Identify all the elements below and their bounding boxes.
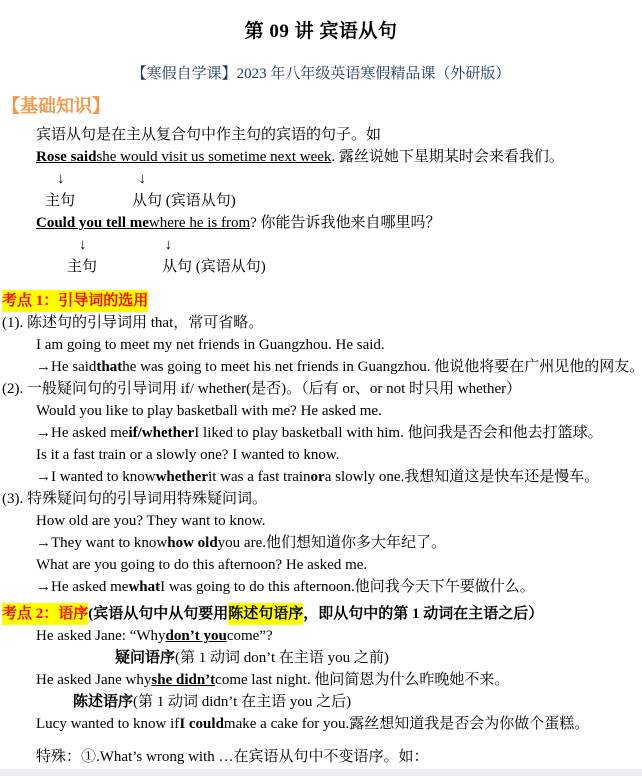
label-row: 主句从句 (宾语从句): [0, 256, 642, 278]
text-segment: (1). 陈述句的引导词用 that，常可省略。: [2, 312, 263, 334]
kaodian-1-title: 考点 1：引导词的选用: [2, 290, 148, 312]
text-segment: (宾语从句中从句要用: [88, 603, 228, 625]
text-segment: →They want to know: [36, 532, 167, 554]
text-segment: it was a fast train: [208, 466, 310, 488]
text-segment: Would you like to play basketball with m…: [36, 400, 382, 422]
page-subtitle: 【寒假自学课】2023 年八年级英语寒假精品课（外研版）: [0, 62, 642, 88]
text-segment: What are you going to do this afternoon?…: [36, 554, 367, 576]
order-note: 陈述语序(第 1 动词 didn’t 在主语 you 之后): [0, 691, 642, 713]
example-sentence: →He said that he was going to meet his n…: [0, 356, 642, 378]
example-sentence: He asked Jane why she didn’t come last n…: [0, 669, 642, 691]
text-segment: you are.他们想知道你多大年纪了。: [218, 532, 446, 554]
kaodian-1-header: 考点 1：引导词的选用: [0, 290, 642, 312]
text-segment: I could: [179, 713, 224, 735]
example-sentence: Is it a fast train or a slowly one? I wa…: [0, 444, 642, 466]
intro-definition: 宾语从句是在主从复合句中作主句的宾语的句子。如: [0, 124, 642, 146]
text-segment: make a cake for you.露丝想知道我是否会为你做个蛋糕。: [224, 713, 589, 735]
section-header-basics: 【基础知识】: [0, 88, 642, 124]
down-arrow-icon: ↓: [139, 168, 147, 190]
text-segment: I liked to play basketball with him. 他问我…: [194, 422, 602, 444]
example-sentence: How old are you? They want to know.: [0, 510, 642, 532]
example-sentence: →He asked me if/whether I liked to play …: [0, 422, 642, 444]
text-segment: 陈述句语序: [228, 603, 303, 625]
text-segment: if/whether: [128, 422, 194, 444]
text-segment: 从句 (宾语从句): [132, 190, 236, 212]
text-segment: How old are you? They want to know.: [36, 510, 266, 532]
text-segment: what: [128, 576, 160, 598]
example-sentence: →They want to know how old you are.他们想知道…: [0, 532, 642, 554]
text-segment: whether: [156, 466, 209, 488]
text-segment: 主句: [45, 190, 75, 212]
point-1-rule-3: (3). 特殊疑问句的引导词用特殊疑问词。: [0, 488, 642, 510]
text-segment: Rose said: [36, 146, 96, 168]
text-segment: don’t you: [166, 625, 227, 647]
text-segment: →He asked me: [36, 576, 128, 598]
example-rose: Rose said she would visit us sometime ne…: [0, 146, 642, 168]
bottom-divider: [0, 769, 642, 776]
example-sentence: Would you like to play basketball with m…: [0, 400, 642, 422]
example-sentence: →I wanted to know whether it was a fast …: [0, 466, 642, 488]
text-segment: →He asked me: [36, 422, 128, 444]
text-segment: she didn’t: [151, 669, 215, 691]
text-segment: come”?: [227, 625, 273, 647]
example-sentence: He asked Jane: “Why don’t you come”?: [0, 625, 642, 647]
arrow-row: ↓↓: [0, 234, 642, 256]
special-note: 特殊：①.What’s wrong with …在宾语从句中不变语序。如：: [0, 746, 642, 768]
text-segment: he was going to meet his net friends in …: [122, 356, 642, 378]
text-segment: 陈述语序: [73, 691, 133, 713]
text-segment: Lucy wanted to know if: [36, 713, 179, 735]
text-segment: →I wanted to know: [36, 466, 156, 488]
example-sentence: I am going to meet my net friends in Gua…: [0, 334, 642, 356]
page-title: 第 09 讲 宾语从句: [0, 0, 642, 62]
text-segment: Could you tell me: [36, 212, 149, 234]
text-segment: He asked Jane: “Why: [36, 625, 166, 647]
kaodian-2-header: 考点 2：语序 (宾语从句中从句要用陈述句语序，即从句中的第 1 动词在主语之后…: [0, 603, 642, 625]
text-segment: . 露丝说她下星期某时会来看我们。: [331, 146, 564, 168]
text-segment: (2). 一般疑问句的引导词用 if/ whether(是否)。（后有 or、o…: [2, 378, 521, 400]
text-segment: ，即从句中的第 1 动词在主语之后）: [303, 603, 543, 625]
order-note: 疑问语序(第 1 动词 don’t 在主语 you 之前): [0, 647, 642, 669]
text-segment: 主句: [67, 256, 97, 278]
text-segment: →He said: [36, 356, 96, 378]
example-sentence: Lucy wanted to know if I could make a ca…: [0, 713, 642, 735]
kaodian-2-title: 考点 2：语序: [2, 603, 88, 625]
point-1-rule-1: (1). 陈述句的引导词用 that，常可省略。: [0, 312, 642, 334]
text-segment: 疑问语序: [115, 647, 175, 669]
label-row: 主句从句 (宾语从句): [0, 190, 642, 212]
text-segment: come last night. 他问简恩为什么昨晚她不来。: [215, 669, 509, 691]
example-sentence: What are you going to do this afternoon?…: [0, 554, 642, 576]
text-segment: 特殊：①.What’s wrong with …在宾语从句中不变语序。如：: [36, 746, 429, 768]
example-sentence: →He asked me what I was going to do this…: [0, 576, 642, 598]
arrow-row: ↓↓: [0, 168, 642, 190]
spacer: [0, 735, 642, 746]
text-segment: or: [311, 466, 325, 488]
text-segment: ? 你能告诉我他来自哪里吗？: [250, 212, 440, 234]
text-segment: (第 1 动词 didn’t 在主语 you 之后): [133, 691, 351, 713]
text-segment: He asked Jane why: [36, 669, 151, 691]
text-segment: I am going to meet my net friends in Gua…: [36, 334, 385, 356]
content-area: 宾语从句是在主从复合句中作主句的宾语的句子。如Rose said she wou…: [0, 124, 642, 768]
down-arrow-icon: ↓: [165, 234, 173, 256]
text-segment: I was going to do this afternoon.他问我今天下午…: [160, 576, 535, 598]
text-segment: (第 1 动词 don’t 在主语 you 之前): [175, 647, 389, 669]
point-1-rule-2: (2). 一般疑问句的引导词用 if/ whether(是否)。（后有 or、o…: [0, 378, 642, 400]
down-arrow-icon: ↓: [79, 234, 87, 256]
example-could: Could you tell me where he is from? 你能告诉…: [0, 212, 642, 234]
text-segment: where he is from: [149, 212, 250, 234]
text-segment: 宾语从句是在主从复合句中作主句的宾语的句子。如: [36, 124, 381, 146]
text-segment: (3). 特殊疑问句的引导词用特殊疑问词。: [2, 488, 267, 510]
text-segment: that: [96, 356, 122, 378]
text-segment: Is it a fast train or a slowly one? I wa…: [36, 444, 340, 466]
text-segment: a slowly one.我想知道这是快车还是慢车。: [325, 466, 600, 488]
text-segment: how old: [167, 532, 217, 554]
spacer: [0, 278, 642, 290]
text-segment: 从句 (宾语从句): [162, 256, 266, 278]
down-arrow-icon: ↓: [57, 168, 65, 190]
text-segment: she would visit us sometime next week: [96, 146, 331, 168]
